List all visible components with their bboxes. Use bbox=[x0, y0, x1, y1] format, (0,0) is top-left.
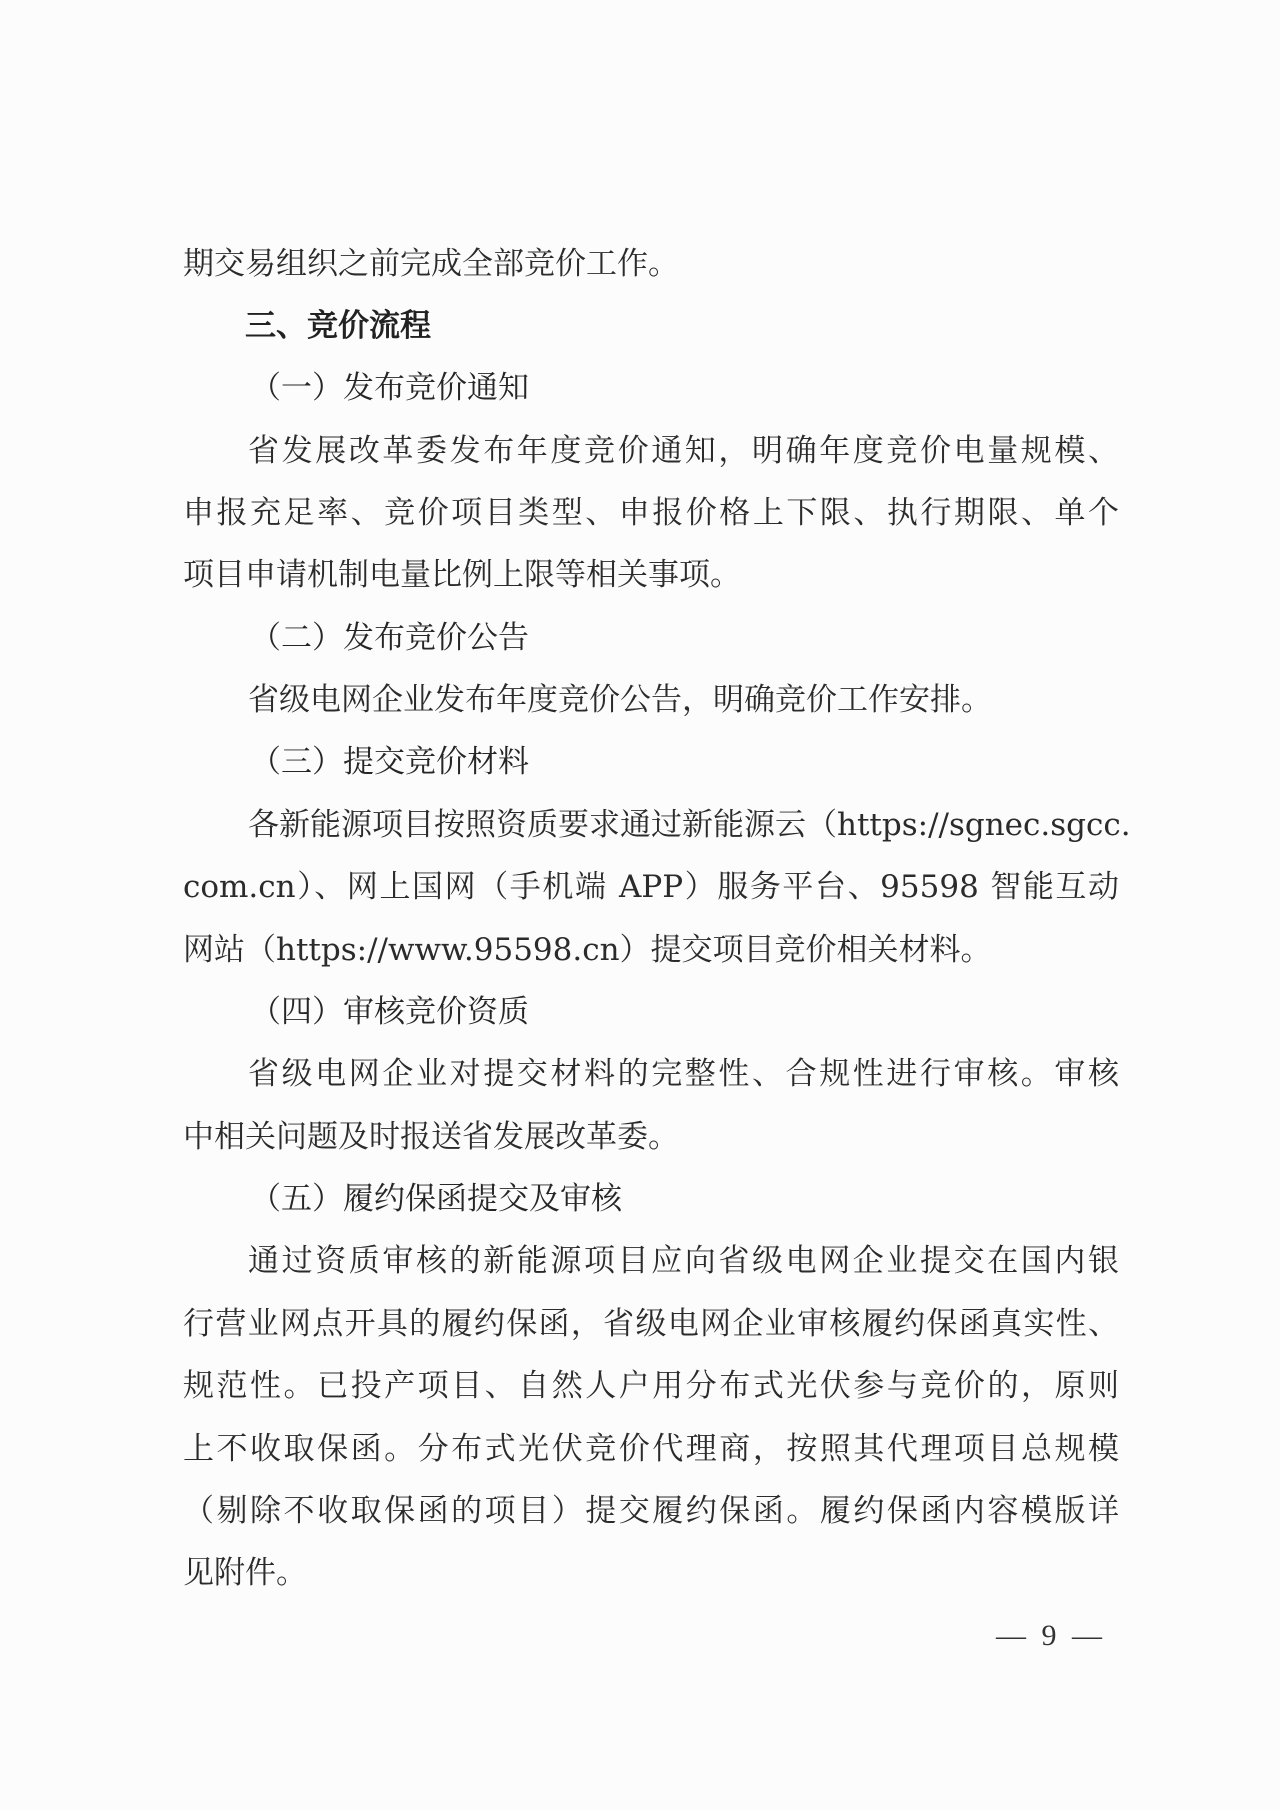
page-number: — 9 — bbox=[996, 1614, 1106, 1658]
body-line: 行营业网点开具的履约保函，省级电网企业审核履约保函真实性、 bbox=[183, 1293, 1119, 1355]
body-line: 省级电网企业对提交材料的完整性、合规性进行审核。审核 bbox=[248, 1043, 1119, 1105]
body-line: 申报充足率、竞价项目类型、申报价格上下限、执行期限、单个 bbox=[183, 482, 1119, 544]
subsection-heading: （五）履约保函提交及审核 bbox=[250, 1168, 622, 1230]
body-line: 中相关问题及时报送省发展改革委。 bbox=[183, 1106, 1119, 1168]
subsection-heading: （四）审核竞价资质 bbox=[250, 981, 529, 1043]
body-line: 通过资质审核的新能源项目应向省级电网企业提交在国内银 bbox=[248, 1230, 1119, 1292]
body-line: 省级电网企业发布年度竞价公告，明确竞价工作安排。 bbox=[248, 669, 1119, 731]
body-line: 见附件。 bbox=[183, 1542, 1119, 1604]
subsection-heading: （二）发布竞价公告 bbox=[250, 607, 529, 669]
body-line: 规范性。已投产项目、自然人户用分布式光伏参与竞价的，原则 bbox=[183, 1355, 1119, 1417]
body-line: （剔除不收取保函的项目）提交履约保函。履约保函内容模版详 bbox=[183, 1480, 1119, 1542]
body-line: 各新能源项目按照资质要求通过新能源云（https://sgnec.sgcc. bbox=[248, 794, 1119, 856]
subsection-heading: （三）提交竞价材料 bbox=[250, 731, 529, 793]
body-line: 项目申请机制电量比例上限等相关事项。 bbox=[183, 544, 1119, 606]
body-line: 省发展改革委发布年度竞价通知，明确年度竞价电量规模、 bbox=[248, 420, 1119, 482]
body-line: 期交易组织之前完成全部竞价工作。 bbox=[183, 233, 1119, 295]
body-line: com.cn）、网上国网（手机端 APP）服务平台、95598 智能互动 bbox=[183, 856, 1119, 918]
body-line: 上不收取保函。分布式光伏竞价代理商，按照其代理项目总规模 bbox=[183, 1418, 1119, 1480]
section-heading: 三、竞价流程 bbox=[245, 295, 431, 357]
subsection-heading: （一）发布竞价通知 bbox=[250, 357, 529, 419]
document-page: 期交易组织之前完成全部竞价工作。 三、竞价流程 （一）发布竞价通知 省发展改革委… bbox=[0, 0, 1280, 1810]
body-line: 网站（https://www.95598.cn）提交项目竞价相关材料。 bbox=[183, 919, 1119, 981]
